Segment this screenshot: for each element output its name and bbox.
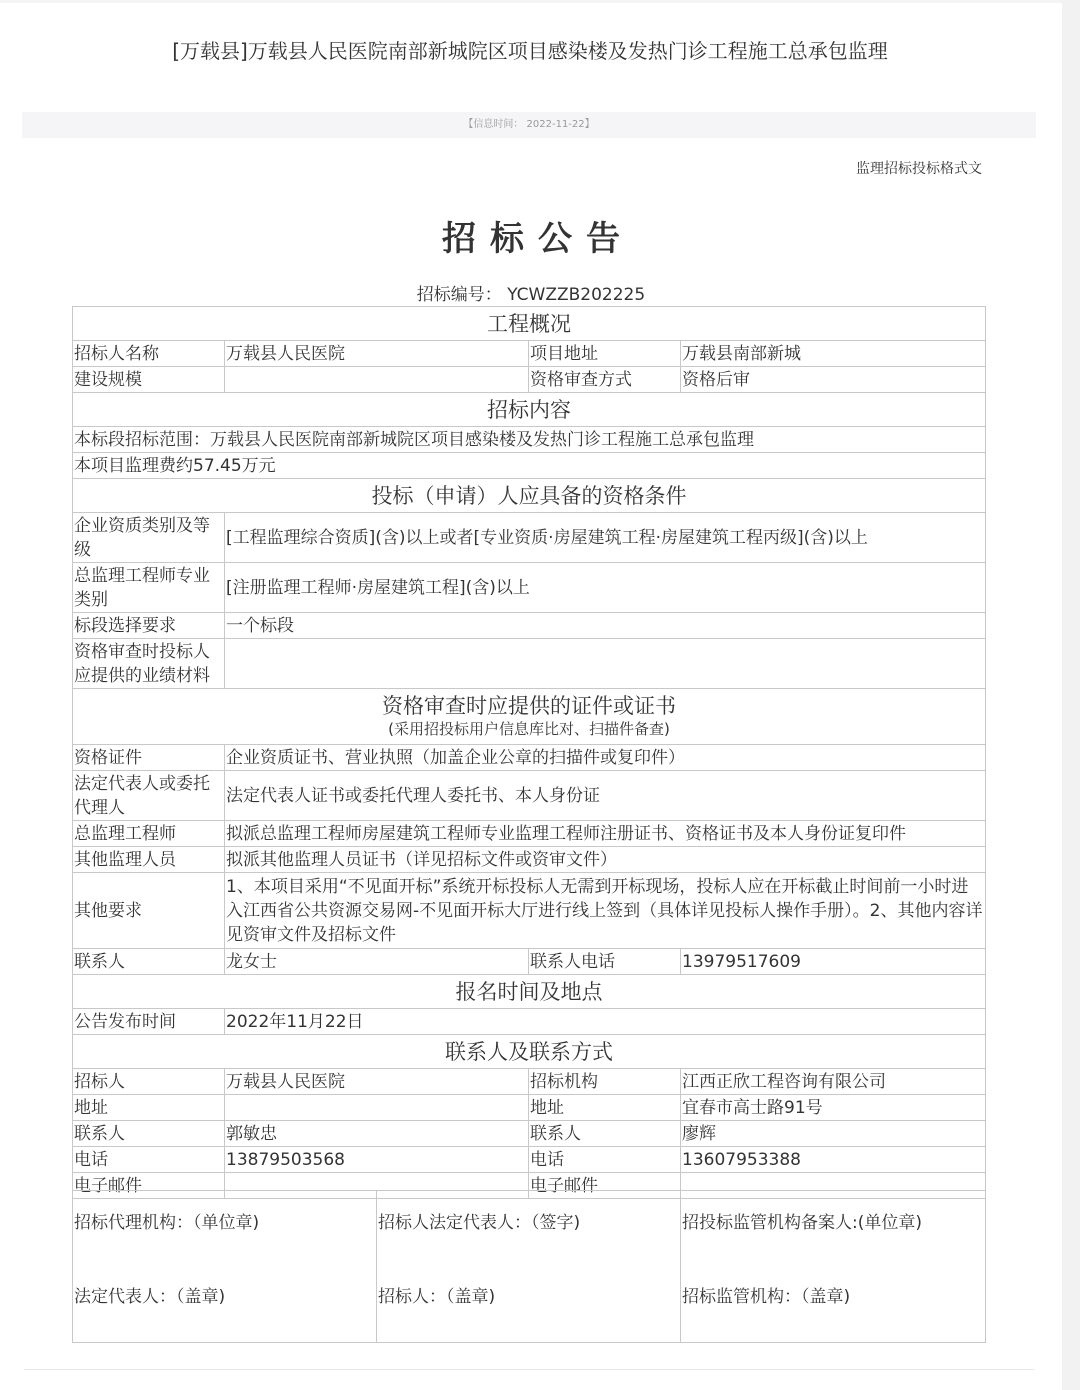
info-time: 【信息时间： 2022-11-22】 (463, 119, 594, 130)
cell-label: 招标人名称 (73, 341, 225, 367)
cell-label: 总监理工程师专业类别 (73, 563, 225, 613)
cell-label: 地址 (529, 1095, 681, 1121)
table-row: 资格审查时投标人应提供的业绩材料 (73, 639, 986, 689)
cell-value: 宜春市高士路91号 (681, 1095, 986, 1121)
table-row: 电话 13879503568 电话 13607953388 (73, 1147, 986, 1173)
cell-label: 企业资质类别及等级 (73, 513, 225, 563)
cell-value (225, 1095, 529, 1121)
table-row: 总监理工程师专业类别 [注册监理工程师·房屋建筑工程](含)以上 (73, 563, 986, 613)
cell-label: 项目地址 (529, 341, 681, 367)
cell-label: 联系人 (73, 949, 225, 975)
cell-label: 联系人 (529, 1121, 681, 1147)
table-row: 招标人名称 万载县人民医院 项目地址 万载县南部新城 (73, 341, 986, 367)
cell-label: 招标机构 (529, 1069, 681, 1095)
cell-label: 其他监理人员 (73, 847, 225, 873)
cell-value: 13979517609 (681, 949, 986, 975)
section-tender-content: 招标内容 (73, 393, 986, 427)
format-label: 监理招标投标格式文 (856, 158, 996, 178)
tender-code: 招标编号： YCWZZB202225 (0, 283, 1062, 307)
cell-value: 江西正欣工程咨询有限公司 (681, 1069, 986, 1095)
cell-value (225, 639, 986, 689)
cell-label: 联系人电话 (529, 949, 681, 975)
cell-label: 标段选择要求 (73, 613, 225, 639)
signature-table: 招标代理机构：（单位章) 法定代表人：（盖章) 招标人法定代表人：（签字) 招标… (72, 1190, 986, 1343)
signature-block-agency: 招标代理机构：（单位章) 法定代表人：（盖章) (73, 1191, 377, 1343)
cell-value: [注册监理工程师·房屋建筑工程](含)以上 (225, 563, 986, 613)
section-title: 资格审查时应提供的证件或证书 (382, 694, 676, 718)
table-row: 其他监理人员 拟派其他监理人员证书（详见招标文件或资审文件） (73, 847, 986, 873)
section-project-overview: 工程概况 (73, 307, 986, 341)
cell-label: 招标人 (73, 1069, 225, 1095)
signature-line: 招标监管机构：（盖章) (682, 1287, 850, 1307)
cell-label: 建设规模 (73, 367, 225, 393)
section-contacts: 联系人及联系方式 (73, 1035, 986, 1069)
cell-value: 一个标段 (225, 613, 986, 639)
cell-value: [工程监理综合资质](含)以上或者[专业资质·房屋建筑工程·房屋建筑工程丙级](… (225, 513, 986, 563)
cell-label: 其他要求 (73, 873, 225, 949)
page-title: [万载县]万载县人民医院南部新城院区项目感染楼及发热门诊工程施工总承包监理 (150, 36, 910, 66)
table-row: 招标人 万载县人民医院 招标机构 江西正欣工程咨询有限公司 (73, 1069, 986, 1095)
cell-label: 资格证件 (73, 745, 225, 771)
cell-label: 联系人 (73, 1121, 225, 1147)
tender-scope: 本标段招标范围：万载县人民医院南部新城院区项目感染楼及发热门诊工程施工总承包监理 (73, 427, 986, 453)
table-row: 总监理工程师 拟派总监理工程师房屋建筑工程师专业监理工程师注册证书、资格证书及本… (73, 821, 986, 847)
section-qualifications: 投标（申请）人应具备的资格条件 (73, 479, 986, 513)
cell-value: 企业资质证书、营业执照（加盖企业公章的扫描件或复印件） (225, 745, 986, 771)
cell-label: 公告发布时间 (73, 1009, 225, 1035)
table-row: 法定代表人或委托代理人 法定代表人证书或委托代理人委托书、本人身份证 (73, 771, 986, 821)
cell-value: 1、本项目采用“不见面开标”系统开标投标人无需到开标现场，投标人应在开标截止时间… (225, 873, 986, 949)
cell-label: 电话 (529, 1147, 681, 1173)
section-certificates: 资格审查时应提供的证件或证书 (采用招投标用户信息库比对、扫描件备查) (73, 689, 986, 745)
cell-label: 地址 (73, 1095, 225, 1121)
cell-value: 廖辉 (681, 1121, 986, 1147)
cell-value: 郭敏忠 (225, 1121, 529, 1147)
table-row: 建设规模 资格审查方式 资格后审 (73, 367, 986, 393)
supervision-fee: 本项目监理费约57.45万元 (73, 453, 986, 479)
cell-value: 2022年11月22日 (225, 1009, 986, 1035)
table-row: 地址 地址 宜春市高士路91号 (73, 1095, 986, 1121)
table-row: 联系人 龙女士 联系人电话 13979517609 (73, 949, 986, 975)
cell-value: 13879503568 (225, 1147, 529, 1173)
notice-table: 工程概况 招标人名称 万载县人民医院 项目地址 万载县南部新城 建设规模 资格审… (72, 306, 986, 1199)
cell-value (225, 367, 529, 393)
cell-value: 万载县南部新城 (681, 341, 986, 367)
cell-value: 法定代表人证书或委托代理人委托书、本人身份证 (225, 771, 986, 821)
cell-value: 13607953388 (681, 1147, 986, 1173)
divider (24, 1369, 1034, 1370)
section-subtitle: (采用招投标用户信息库比对、扫描件备查) (74, 718, 984, 740)
cell-label: 资格审查方式 (529, 367, 681, 393)
cell-label: 总监理工程师 (73, 821, 225, 847)
document-page: [万载县]万载县人民医院南部新城院区项目感染楼及发热门诊工程施工总承包监理 【信… (0, 3, 1062, 1390)
cell-label: 电话 (73, 1147, 225, 1173)
cell-value: 龙女士 (225, 949, 529, 975)
cell-value: 拟派总监理工程师房屋建筑工程师专业监理工程师注册证书、资格证书及本人身份证复印件 (225, 821, 986, 847)
cell-label: 资格审查时投标人应提供的业绩材料 (73, 639, 225, 689)
signature-block-supervisor: 招投标监管机构备案人:(单位章) 招标监管机构：（盖章) (681, 1191, 986, 1343)
signature-line: 招标人法定代表人：（签字) (378, 1211, 679, 1285)
cell-value: 万载县人民医院 (225, 341, 529, 367)
scrollbar-track[interactable] (1062, 0, 1080, 1390)
cell-value: 拟派其他监理人员证书（详见招标文件或资审文件） (225, 847, 986, 873)
signature-line: 法定代表人：（盖章) (74, 1287, 225, 1307)
table-row: 其他要求 1、本项目采用“不见面开标”系统开标投标人无需到开标现场，投标人应在开… (73, 873, 986, 949)
cell-value: 资格后审 (681, 367, 986, 393)
notice-heading: 招标公告 (0, 216, 1062, 262)
table-row: 资格证件 企业资质证书、营业执照（加盖企业公章的扫描件或复印件） (73, 745, 986, 771)
section-registration: 报名时间及地点 (73, 975, 986, 1009)
signature-line: 招标人：（盖章) (378, 1287, 495, 1307)
signature-line: 招投标监管机构备案人:(单位章) (682, 1211, 984, 1285)
table-row: 标段选择要求 一个标段 (73, 613, 986, 639)
signature-row: 招标代理机构：（单位章) 法定代表人：（盖章) 招标人法定代表人：（签字) 招标… (73, 1191, 986, 1343)
signature-line: 招标代理机构：（单位章) (74, 1211, 375, 1285)
cell-value: 万载县人民医院 (225, 1069, 529, 1095)
table-row: 公告发布时间 2022年11月22日 (73, 1009, 986, 1035)
signature-block-tenderer: 招标人法定代表人：（签字) 招标人：（盖章) (377, 1191, 681, 1343)
cell-label: 法定代表人或委托代理人 (73, 771, 225, 821)
info-time-bar: 【信息时间： 2022-11-22】 (22, 112, 1036, 138)
table-row: 联系人 郭敏忠 联系人 廖辉 (73, 1121, 986, 1147)
table-row: 企业资质类别及等级 [工程监理综合资质](含)以上或者[专业资质·房屋建筑工程·… (73, 513, 986, 563)
